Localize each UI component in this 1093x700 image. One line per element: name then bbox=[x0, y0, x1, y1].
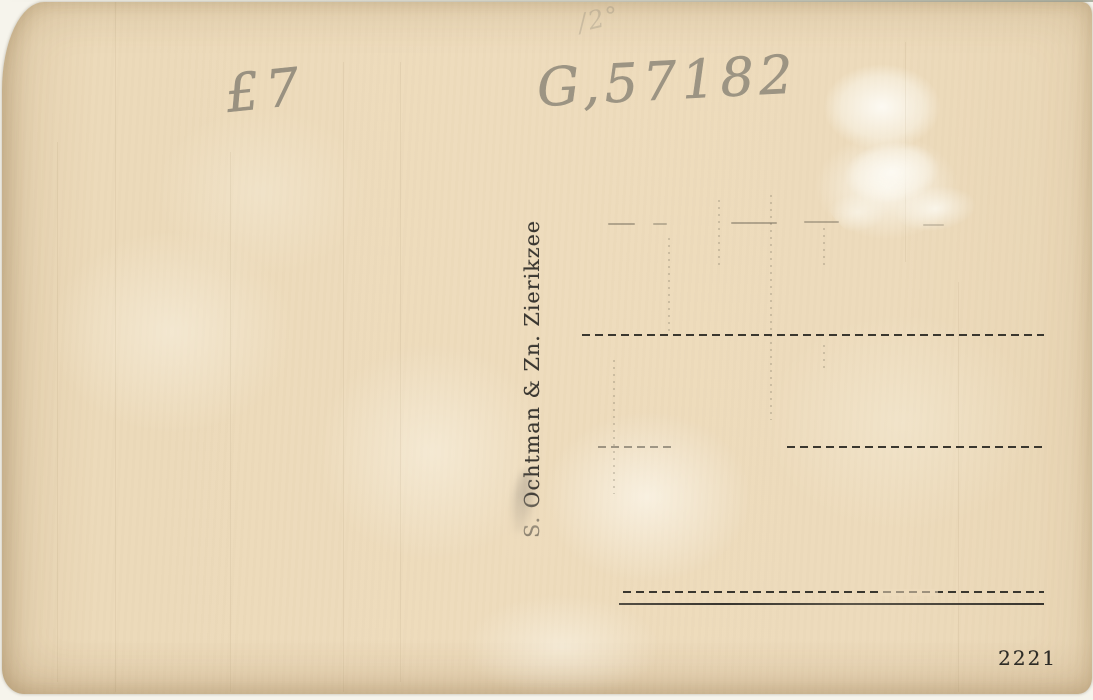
address-line-2-faded bbox=[598, 446, 672, 448]
print-through-dots bbox=[718, 200, 720, 270]
paper-crease bbox=[230, 152, 231, 692]
paper-crease bbox=[115, 2, 116, 692]
imprint-wear-fade bbox=[505, 494, 557, 558]
address-line-1 bbox=[582, 334, 1044, 336]
faded-dash-row-segment bbox=[731, 222, 777, 224]
paper-crease bbox=[958, 282, 959, 692]
faded-dash-row-segment bbox=[608, 223, 635, 225]
print-through-dots bbox=[668, 238, 670, 336]
print-through-dots bbox=[613, 360, 615, 494]
address-line-3-solid bbox=[619, 603, 1044, 605]
card-number: 2221 bbox=[998, 646, 1057, 670]
handwritten-price-mark: £7 bbox=[222, 57, 309, 125]
handwritten-inventory-number: G,57182 bbox=[535, 44, 799, 119]
paper-crease bbox=[400, 62, 401, 682]
faded-dash-row-segment bbox=[804, 221, 839, 223]
address-line-2 bbox=[787, 446, 1043, 448]
paper-damage-patch bbox=[817, 121, 985, 257]
line-wear-patch bbox=[880, 589, 938, 596]
address-line-3-dashed bbox=[623, 591, 1044, 593]
print-through-dots bbox=[823, 228, 825, 268]
paper-crease bbox=[57, 142, 58, 682]
faded-dash-row-segment bbox=[653, 223, 667, 225]
postcard-back: S. Ochtman & Zn. Zierikzee 2221 /2° £7 G… bbox=[2, 2, 1092, 694]
faded-dash-row-segment bbox=[923, 224, 944, 226]
paper-crease bbox=[343, 62, 344, 692]
print-through-dots bbox=[823, 345, 825, 369]
handwritten-corner-note: /2° bbox=[573, 2, 623, 38]
print-through-dots bbox=[770, 195, 772, 420]
